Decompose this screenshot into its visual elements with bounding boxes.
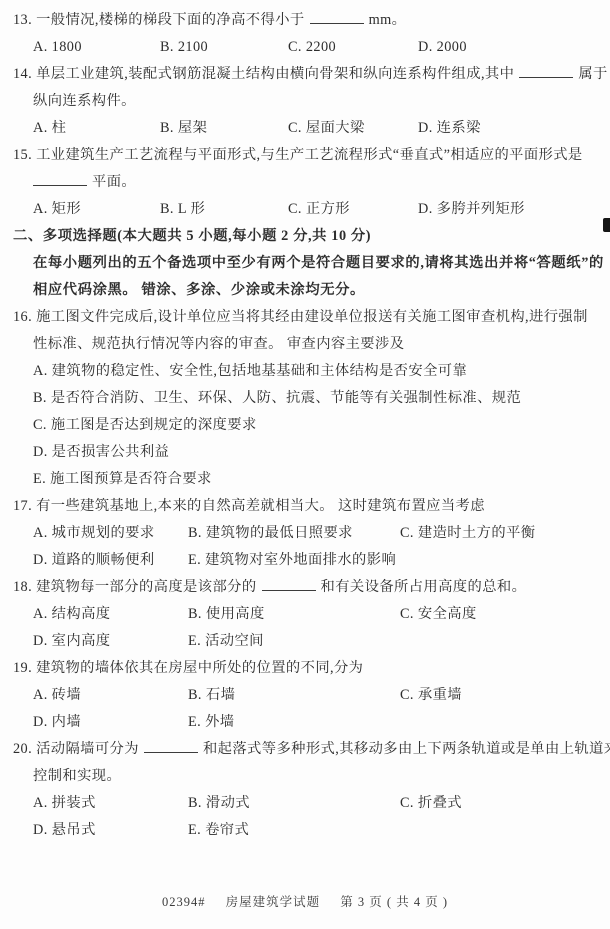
question-number: 17.	[13, 498, 32, 514]
option: B. 石墙	[188, 682, 235, 709]
question-18-text: 18.建筑物每一部分的高度是该部分的和有关设备所占用高度的总和。	[0, 574, 610, 601]
question-text: 属于	[578, 66, 607, 82]
option: A. 城市规划的要求	[33, 520, 155, 547]
question-16-option-b: B. 是否符合消防、卫生、环保、人防、抗震、节能等有关强制性标准、规范	[0, 385, 610, 412]
question-19-options-row2: D. 内墙 E. 外墙	[0, 709, 610, 736]
option: C. 施工图是否达到规定的深度要求	[33, 417, 257, 433]
question-number: 19.	[13, 660, 32, 676]
question-number: 20.	[13, 741, 32, 757]
question-text: 施工图文件完成后,设计单位应当将其经由建设单位报送有关施工图审查机构,进行强制	[36, 309, 588, 325]
option: A. 柱	[33, 115, 66, 142]
option: C. 建造时土方的平衡	[400, 520, 535, 547]
question-text: 和起落式等多种形式,其移动多由上下两条轨道或是单由上轨道来	[203, 741, 610, 757]
question-13-text: 13.一般情况,楼梯的梯段下面的净高不得小于mm。	[0, 7, 610, 34]
option: A. 建筑物的稳定性、安全性,包括地基基础和主体结构是否安全可靠	[33, 363, 467, 379]
option: B. L 形	[160, 196, 205, 223]
answer-blank	[144, 740, 198, 753]
question-15-options: A. 矩形 B. L 形 C. 正方形 D. 多胯并列矩形	[0, 196, 610, 223]
option: D. 内墙	[33, 709, 81, 736]
question-19-options-row1: A. 砖墙 B. 石墙 C. 承重墙	[0, 682, 610, 709]
question-17-options-row2: D. 道路的顺畅便利 E. 建筑物对室外地面排水的影响	[0, 547, 610, 574]
option: C. 折叠式	[400, 790, 462, 817]
option: E. 外墙	[188, 709, 234, 736]
question-16-text: 16.施工图文件完成后,设计单位应当将其经由建设单位报送有关施工图审查机构,进行…	[0, 304, 610, 331]
question-text: 和有关设备所占用高度的总和。	[321, 579, 527, 595]
question-16-option-d: D. 是否损害公共利益	[0, 439, 610, 466]
question-14-text: 14.单层工业建筑,装配式钢筋混凝土结构由横向骨架和纵向连系构件组成,其中属于	[0, 61, 610, 88]
answer-blank	[310, 11, 364, 24]
option: D. 室内高度	[33, 628, 110, 655]
question-16-text-line2: 性标准、规范执行情况等内容的审查。 审查内容主要涉及	[0, 331, 610, 358]
option: D. 是否损害公共利益	[33, 444, 169, 460]
page-number: 第 3 页 ( 共 4 页 )	[340, 895, 448, 909]
option: D. 道路的顺畅便利	[33, 547, 155, 574]
option: B. 2100	[160, 34, 208, 61]
option: E. 施工图预算是否符合要求	[33, 471, 212, 487]
scan-artifact-mark	[603, 218, 610, 232]
page-footer: 02394# 房屋建筑学试题 第 3 页 ( 共 4 页 )	[0, 893, 610, 911]
question-20-text: 20.活动隔墙可分为和起落式等多种形式,其移动多由上下两条轨道或是单由上轨道来	[0, 736, 610, 763]
option: A. 矩形	[33, 196, 81, 223]
section-instructions-line2: 相应代码涂黑。 错涂、多涂、少涂或未涂均无分。	[0, 277, 610, 304]
question-17-text: 17.有一些建筑基地上,本来的自然高差就相当大。 这时建筑布置应当考虑	[0, 493, 610, 520]
question-text: 建筑物每一部分的高度是该部分的	[36, 579, 256, 595]
question-text: 平面。	[92, 174, 136, 190]
question-16-option-c: C. 施工图是否达到规定的深度要求	[0, 412, 610, 439]
option: D. 悬吊式	[33, 817, 96, 844]
question-15-text: 15.工业建筑生产工艺流程与平面形式,与生产工艺流程形式“垂直式”相适应的平面形…	[0, 142, 610, 169]
question-number: 14.	[13, 66, 32, 82]
question-20-text-line2: 控制和实现。	[0, 763, 610, 790]
answer-blank	[33, 173, 87, 186]
question-text: 控制和实现。	[33, 768, 121, 784]
question-text: 工业建筑生产工艺流程与平面形式,与生产工艺流程形式“垂直式”相适应的平面形式是	[36, 147, 583, 163]
option: C. 屋面大梁	[288, 115, 365, 142]
question-text: 一般情况,楼梯的梯段下面的净高不得小于	[36, 12, 305, 28]
option: E. 卷帘式	[188, 817, 249, 844]
question-14-options: A. 柱 B. 屋架 C. 屋面大梁 D. 连系梁	[0, 115, 610, 142]
question-number: 15.	[13, 147, 32, 163]
question-number: 13.	[13, 12, 32, 28]
question-17-options-row1: A. 城市规划的要求 B. 建筑物的最低日照要求 C. 建造时土方的平衡	[0, 520, 610, 547]
option: A. 砖墙	[33, 682, 81, 709]
question-20-options-row1: A. 拼装式 B. 滑动式 C. 折叠式	[0, 790, 610, 817]
question-text: 有一些建筑基地上,本来的自然高差就相当大。 这时建筑布置应当考虑	[36, 498, 485, 514]
question-14-text-line2: 纵向连系构件。	[0, 88, 610, 115]
answer-blank	[262, 578, 316, 591]
question-16-option-a: A. 建筑物的稳定性、安全性,包括地基基础和主体结构是否安全可靠	[0, 358, 610, 385]
question-text: mm。	[369, 12, 407, 28]
question-16-option-e: E. 施工图预算是否符合要求	[0, 466, 610, 493]
option: B. 屋架	[160, 115, 207, 142]
option: B. 是否符合消防、卫生、环保、人防、抗震、节能等有关强制性标准、规范	[33, 390, 521, 406]
option: D. 2000	[418, 34, 467, 61]
question-text: 建筑物的墙体依其在房屋中所处的位置的不同,分为	[36, 660, 363, 676]
exam-page: 13.一般情况,楼梯的梯段下面的净高不得小于mm。 A. 1800 B. 210…	[0, 0, 610, 929]
option: C. 承重墙	[400, 682, 462, 709]
exam-title: 房屋建筑学试题	[226, 895, 321, 909]
question-15-text-line2: 平面。	[0, 169, 610, 196]
section-instructions-line1: 在每小题列出的五个备选项中至少有两个是符合题目要求的,请将其选出并将“答题纸”的	[0, 250, 610, 277]
course-code: 02394#	[162, 895, 206, 909]
answer-blank	[519, 65, 573, 78]
option: C. 安全高度	[400, 601, 477, 628]
question-text: 活动隔墙可分为	[36, 741, 139, 757]
option: C. 2200	[288, 34, 336, 61]
question-18-options-row1: A. 结构高度 B. 使用高度 C. 安全高度	[0, 601, 610, 628]
option: B. 滑动式	[188, 790, 250, 817]
option: E. 活动空间	[188, 628, 264, 655]
option: B. 建筑物的最低日照要求	[188, 520, 353, 547]
option: D. 多胯并列矩形	[418, 196, 525, 223]
option: E. 建筑物对室外地面排水的影响	[188, 547, 396, 574]
question-20-options-row2: D. 悬吊式 E. 卷帘式	[0, 817, 610, 844]
option: B. 使用高度	[188, 601, 265, 628]
option: D. 连系梁	[418, 115, 481, 142]
question-text: 单层工业建筑,装配式钢筋混凝土结构由横向骨架和纵向连系构件组成,其中	[36, 66, 514, 82]
question-number: 16.	[13, 309, 32, 325]
option: C. 正方形	[288, 196, 350, 223]
option: A. 结构高度	[33, 601, 110, 628]
question-13-options: A. 1800 B. 2100 C. 2200 D. 2000	[0, 34, 610, 61]
section-header: 二、多项选择题(本大题共 5 小题,每小题 2 分,共 10 分)	[0, 223, 610, 250]
question-text: 纵向连系构件。	[33, 93, 136, 109]
option: A. 拼装式	[33, 790, 96, 817]
question-text: 性标准、规范执行情况等内容的审查。 审查内容主要涉及	[33, 336, 404, 352]
question-18-options-row2: D. 室内高度 E. 活动空间	[0, 628, 610, 655]
question-19-text: 19.建筑物的墙体依其在房屋中所处的位置的不同,分为	[0, 655, 610, 682]
question-number: 18.	[13, 579, 32, 595]
option: A. 1800	[33, 34, 82, 61]
